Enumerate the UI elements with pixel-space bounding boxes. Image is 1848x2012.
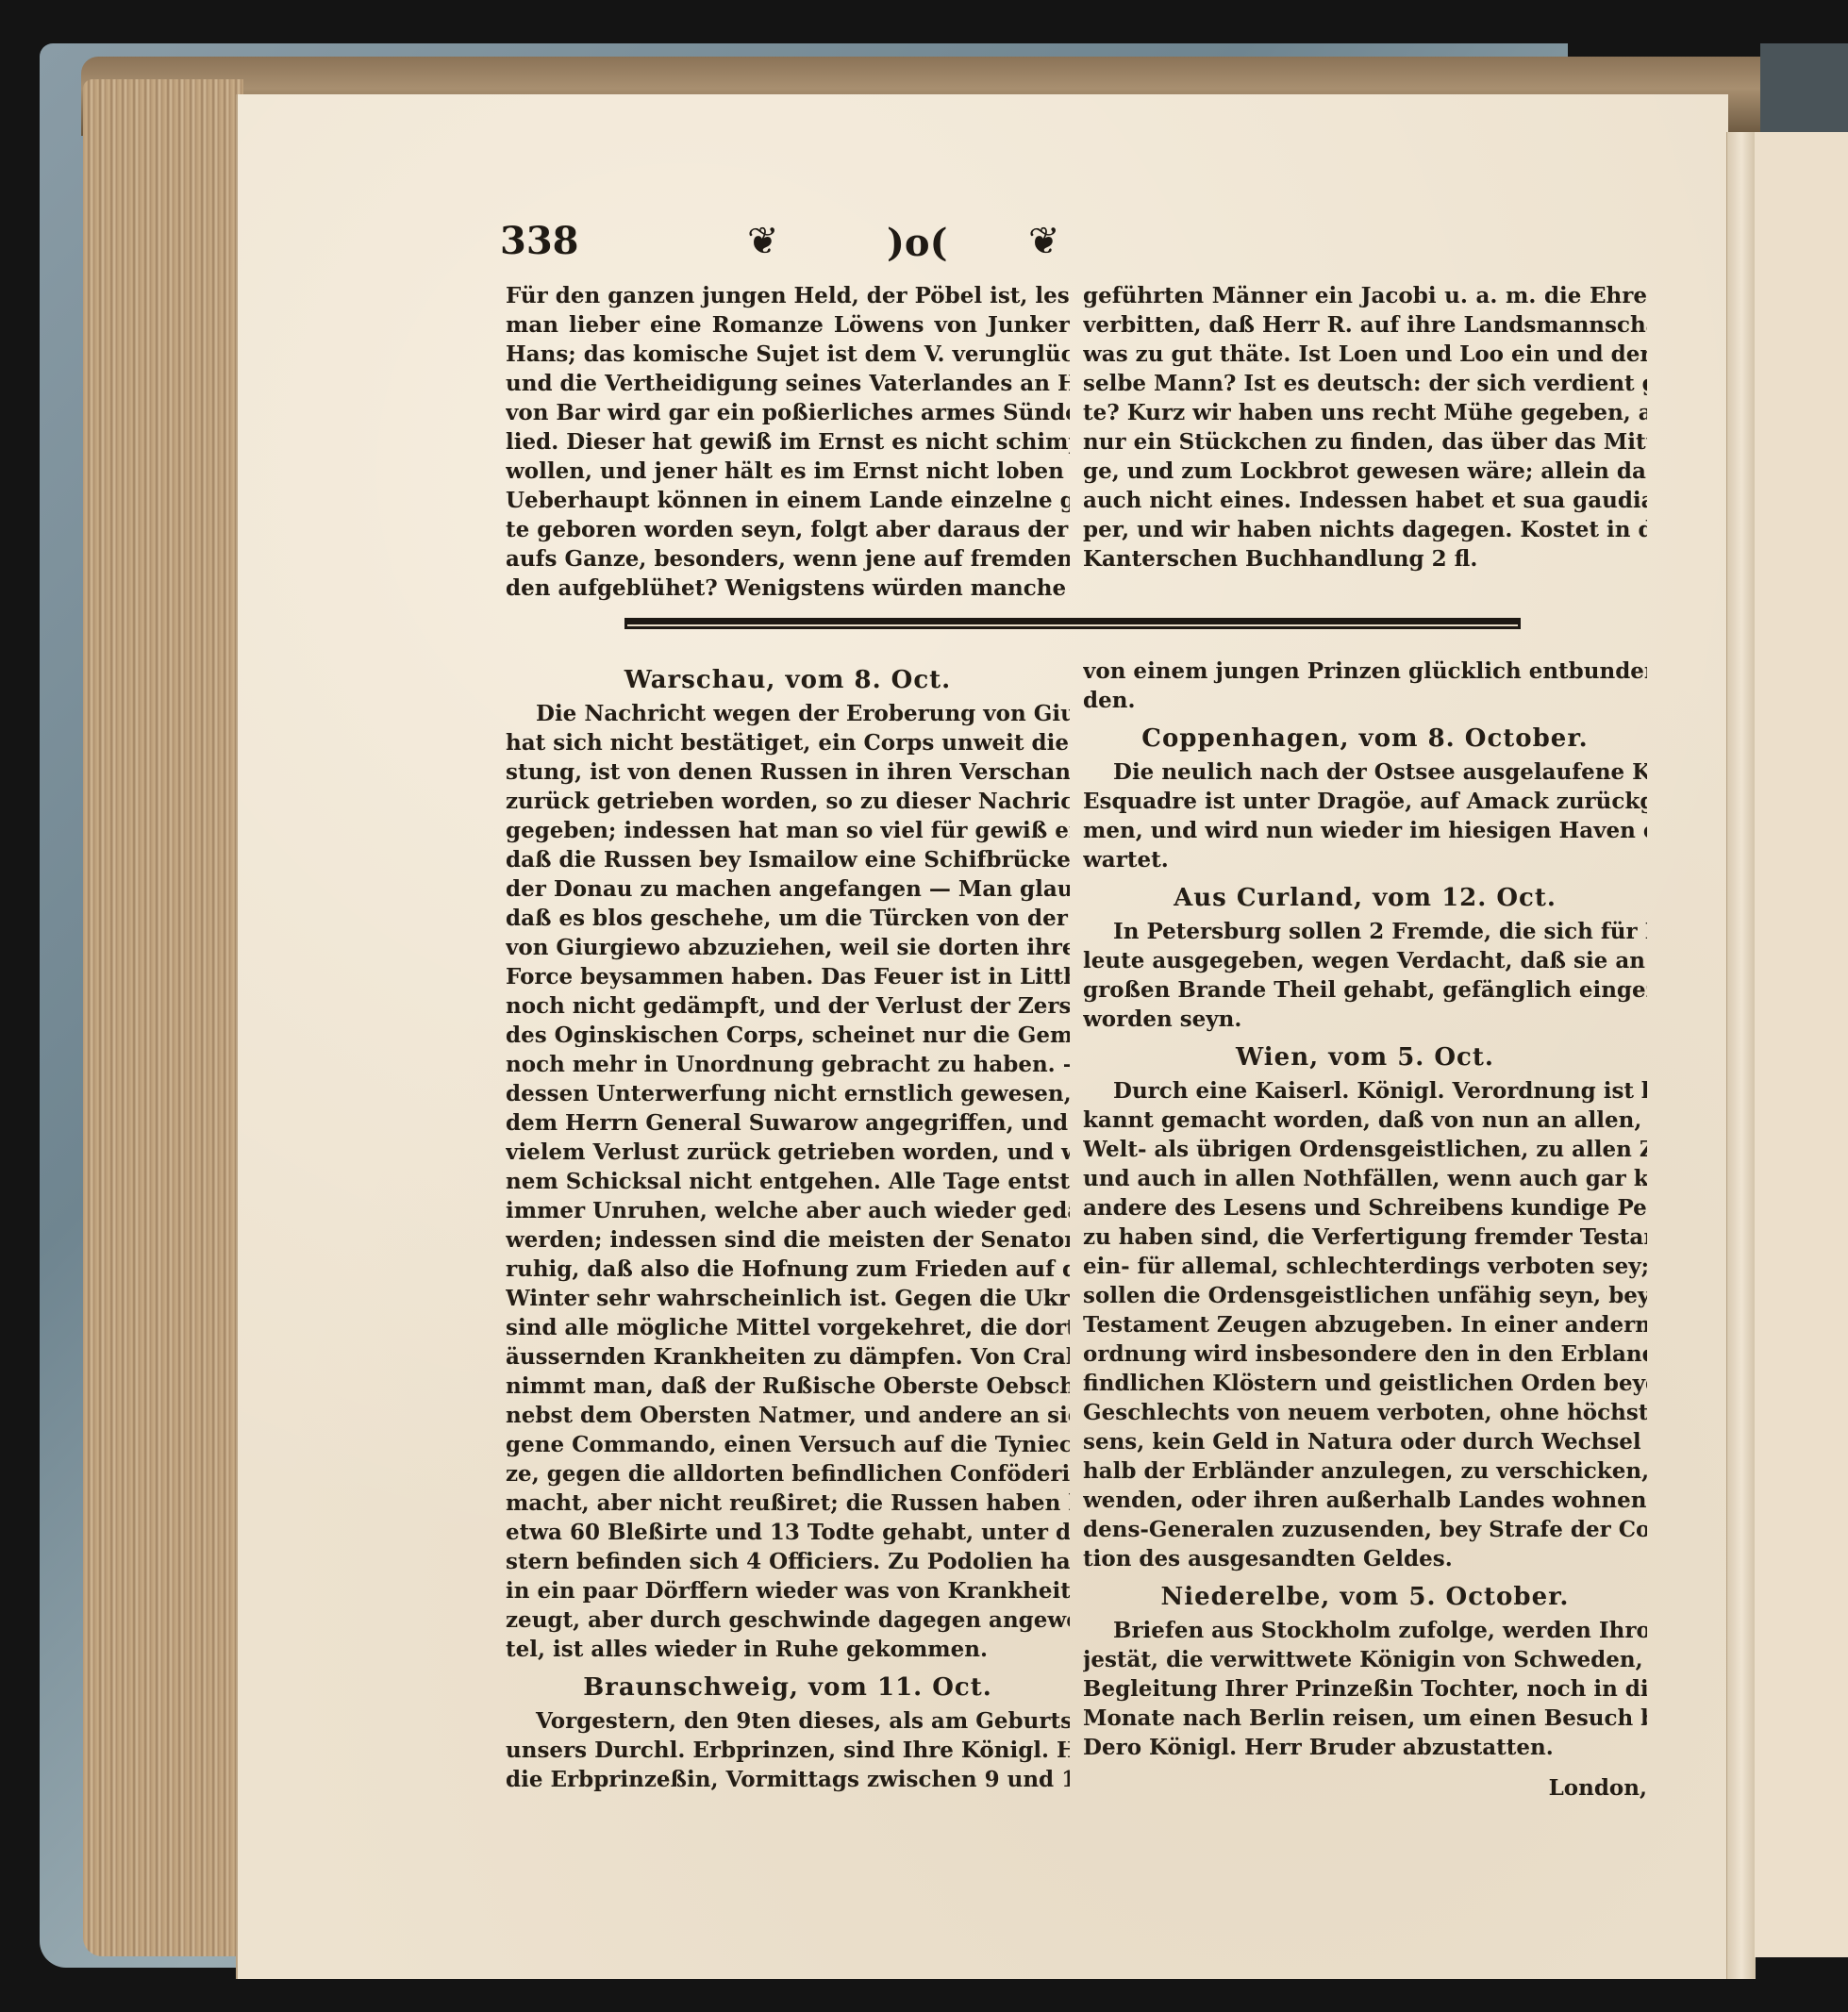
text-line: Kanterschen Buchhandlung 2 fl. (1083, 544, 1647, 574)
text-line: Dero Königl. Herr Bruder abzustatten. (1083, 1733, 1647, 1762)
dateline-wien: Wien, vom 5. Oct. (1083, 1043, 1647, 1073)
text-line: zeugt, aber durch geschwinde dagegen ang… (506, 1605, 1070, 1635)
text-line: In Petersburg sollen 2 Fremde, die sich … (1083, 917, 1647, 946)
dateline-coppenhagen: Coppenhagen, vom 8. October. (1083, 724, 1647, 754)
text-line: großen Brande Theil gehabt, gefänglich e… (1083, 975, 1647, 1005)
text-line: Force beysammen haben. Das Feuer ist in … (506, 962, 1070, 991)
text-line: gene Commando, einen Versuch auf die Tyn… (506, 1430, 1070, 1459)
text-line: sens, kein Geld in Natura oder durch Wec… (1083, 1427, 1647, 1456)
text-line: nimmt man, daß der Rußische Oberste Oebs… (506, 1372, 1070, 1401)
text-line: macht, aber nicht reußiret; die Russen h… (506, 1488, 1070, 1518)
text-line: per, und wir haben nichts dagegen. Koste… (1083, 515, 1647, 544)
text-line: Die Nachricht wegen der Eroberung von Gi… (506, 699, 1070, 728)
text-line: des Oginskischen Corps, scheinet nur die… (506, 1021, 1070, 1050)
page-stack-edge (83, 79, 243, 1956)
text-line: wollen, und jener hält es im Ernst nicht… (506, 457, 1070, 486)
text-line: jestät, die verwittwete Königin von Schw… (1083, 1645, 1647, 1674)
page-number: 338 (500, 219, 579, 263)
text-line: Ueberhaupt können in einem Lande einzeln… (506, 486, 1070, 515)
text-line: äussernden Krankheiten zu dämpfen. Von C… (506, 1342, 1070, 1372)
shell-ornament-icon: ❦ (747, 223, 779, 260)
text-line: geführten Männer ein Jacobi u. a. m. die… (1083, 281, 1647, 310)
text-line: den aufgeblühet? Wenigstens würden manch… (506, 574, 1070, 603)
text-line: von einem jungen Prinzen glücklich entbu… (1083, 657, 1647, 686)
text-line: werden; indessen sind die meisten der Se… (506, 1225, 1070, 1255)
text-line: noch mehr in Unordnung gebracht zu haben… (506, 1050, 1070, 1079)
book-cover-right (1760, 43, 1848, 138)
text-line: kannt gemacht worden, daß von nun an all… (1083, 1106, 1647, 1135)
text-line: nur ein Stückchen zu finden, das über da… (1083, 427, 1647, 457)
text-line: leute ausgegeben, wegen Verdacht, daß si… (1083, 946, 1647, 975)
text-line: Monate nach Berlin reisen, um einen Besu… (1083, 1704, 1647, 1733)
text-line: ge, und zum Lockbrot gewesen wäre; allei… (1083, 457, 1647, 486)
facing-page-edge (1755, 132, 1848, 1957)
dateline-curland: Aus Curland, vom 12. Oct. (1083, 884, 1647, 913)
text-line: immer Unruhen, welche aber auch wieder g… (506, 1196, 1070, 1225)
text-line: ze, gegen die alldorten befindlichen Con… (506, 1459, 1070, 1488)
text-line: selbe Mann? Ist es deutsch: der sich ver… (1083, 369, 1647, 398)
text-line: und auch in allen Nothfällen, wenn auch … (1083, 1164, 1647, 1193)
text-line: Winter sehr wahrscheinlich ist. Gegen di… (506, 1284, 1070, 1313)
text-line: aufs Ganze, besonders, wenn jene auf fre… (506, 544, 1070, 574)
text-line: von Giurgiewo abzuziehen, weil sie dorte… (506, 933, 1070, 962)
text-line: dem Herrn General Suwarow angegriffen, u… (506, 1108, 1070, 1138)
text-line: unsers Durchl. Erbprinzen, sind Ihre Kön… (506, 1736, 1070, 1765)
dateline-warschau: Warschau, vom 8. Oct. (506, 666, 1070, 695)
text-line: stern befinden sich 4 Officiers. Zu Podo… (506, 1547, 1070, 1576)
shell-ornament-icon: ❦ (1028, 223, 1060, 260)
center-ornament-icon: )o( (887, 221, 948, 265)
text-line: Vorgestern, den 9ten dieses, als am Gebu… (506, 1706, 1070, 1736)
text-line: hat sich nicht bestätiget, ein Corps unw… (506, 728, 1070, 757)
news-column-right: von einem jungen Prinzen glücklich entbu… (1083, 657, 1647, 1803)
text-line: worden seyn. (1083, 1005, 1647, 1034)
text-line: in ein paar Dörffern wieder was von Kran… (506, 1576, 1070, 1605)
text-line: halb der Erbländer anzulegen, zu verschi… (1083, 1456, 1647, 1486)
text-line: den. (1083, 686, 1647, 715)
section-divider-rule (624, 618, 1521, 629)
text-line: nebst dem Obersten Natmer, und andere an… (506, 1401, 1070, 1430)
text-line: ordnung wird insbesondere den in den Erb… (1083, 1339, 1647, 1369)
text-line: auch nicht eines. Indessen habet et sua … (1083, 486, 1647, 515)
text-line: Hans; das komische Sujet ist dem V. veru… (506, 340, 1070, 369)
text-line: Welt- als übrigen Ordensgeistlichen, zu … (1083, 1135, 1647, 1164)
running-head: 338 ❦ )o( ❦ (500, 219, 1670, 266)
text-line: noch nicht gedämpft, und der Verlust der… (506, 991, 1070, 1021)
text-line: gegeben; indessen hat man so viel für ge… (506, 816, 1070, 845)
text-line: tion des ausgesandten Geldes. (1083, 1544, 1647, 1573)
text-line: tel, ist alles wieder in Ruhe gekommen. (506, 1635, 1070, 1664)
text-line: dessen Unterwerfung nicht ernstlich gewe… (506, 1079, 1070, 1108)
text-line: die Erbprinzeßin, Vormittags zwischen 9 … (506, 1765, 1070, 1794)
text-line: andere des Lesens und Schreibens kundige… (1083, 1193, 1647, 1222)
text-line: findlichen Klöstern und geistlichen Orde… (1083, 1369, 1647, 1398)
text-line: Für den ganzen jungen Held, der Pöbel is… (506, 281, 1070, 310)
review-column-left: Für den ganzen jungen Held, der Pöbel is… (506, 281, 1070, 603)
text-line: sollen die Ordensgeistlichen unfähig sey… (1083, 1281, 1647, 1310)
text-line: Testament Zeugen abzugeben. In einer and… (1083, 1310, 1647, 1339)
dateline-braunschweig: Braunschweig, vom 11. Oct. (506, 1673, 1070, 1703)
text-line: Geschlechts von neuem verboten, ohne höc… (1083, 1398, 1647, 1427)
text-line: verbitten, daß Herr R. auf ihre Landsman… (1083, 310, 1647, 340)
text-line: Durch eine Kaiserl. Königl. Verordnung i… (1083, 1076, 1647, 1106)
text-line: vielem Verlust zurück getrieben worden, … (506, 1138, 1070, 1167)
text-line: te geboren worden seyn, folgt aber darau… (506, 515, 1070, 544)
text-line: wartet. (1083, 845, 1647, 874)
dateline-niederelbe: Niederelbe, vom 5. October. (1083, 1583, 1647, 1612)
catchword: London, (1083, 1773, 1647, 1803)
text-line: men, und wird nun wieder im hiesigen Hav… (1083, 816, 1647, 845)
text-line: zu haben sind, die Verfertigung fremder … (1083, 1222, 1647, 1252)
text-line: daß die Russen bey Ismailow eine Schifbr… (506, 845, 1070, 874)
text-line: ein- für allemal, schlechterdings verbot… (1083, 1252, 1647, 1281)
text-line: etwa 60 Bleßirte und 13 Todte gehabt, un… (506, 1518, 1070, 1547)
text-line: Briefen aus Stockholm zufolge, werden Ih… (1083, 1616, 1647, 1645)
text-line: ruhig, daß also die Hofnung zum Frieden … (506, 1255, 1070, 1284)
news-column-left: Warschau, vom 8. Oct. Die Nachricht wege… (506, 657, 1070, 1794)
text-line: lied. Dieser hat gewiß im Ernst es nicht… (506, 427, 1070, 457)
book-gutter (1726, 132, 1756, 1979)
text-line: der Donau zu machen angefangen — Man gla… (506, 874, 1070, 904)
text-line: daß es blos geschehe, um die Türcken von… (506, 904, 1070, 933)
text-line: zurück getrieben worden, so zu dieser Na… (506, 787, 1070, 816)
text-line: und die Vertheidigung seines Vaterlandes… (506, 369, 1070, 398)
text-line: stung, ist von denen Russen in ihren Ver… (506, 757, 1070, 787)
text-line: Begleitung Ihrer Prinzeßin Tochter, noch… (1083, 1674, 1647, 1704)
text-line: was zu gut thäte. Ist Loen und Loo ein u… (1083, 340, 1647, 369)
review-column-right: geführten Männer ein Jacobi u. a. m. die… (1083, 281, 1647, 574)
text-line: von Bar wird gar ein poßierliches armes … (506, 398, 1070, 427)
text-line: dens-Generalen zuzusenden, bey Strafe de… (1083, 1515, 1647, 1544)
text-line: wenden, oder ihren außerhalb Landes wohn… (1083, 1486, 1647, 1515)
text-line: man lieber eine Romanze Löwens von Junke… (506, 310, 1070, 340)
text-line: te? Kurz wir haben uns recht Mühe gegebe… (1083, 398, 1647, 427)
text-line: sind alle mögliche Mittel vorgekehret, d… (506, 1313, 1070, 1342)
text-line: nem Schicksal nicht entgehen. Alle Tage … (506, 1167, 1070, 1196)
text-line: Die neulich nach der Ostsee ausgelaufene… (1083, 757, 1647, 787)
text-line: Esquadre ist unter Dragöe, auf Amack zur… (1083, 787, 1647, 816)
